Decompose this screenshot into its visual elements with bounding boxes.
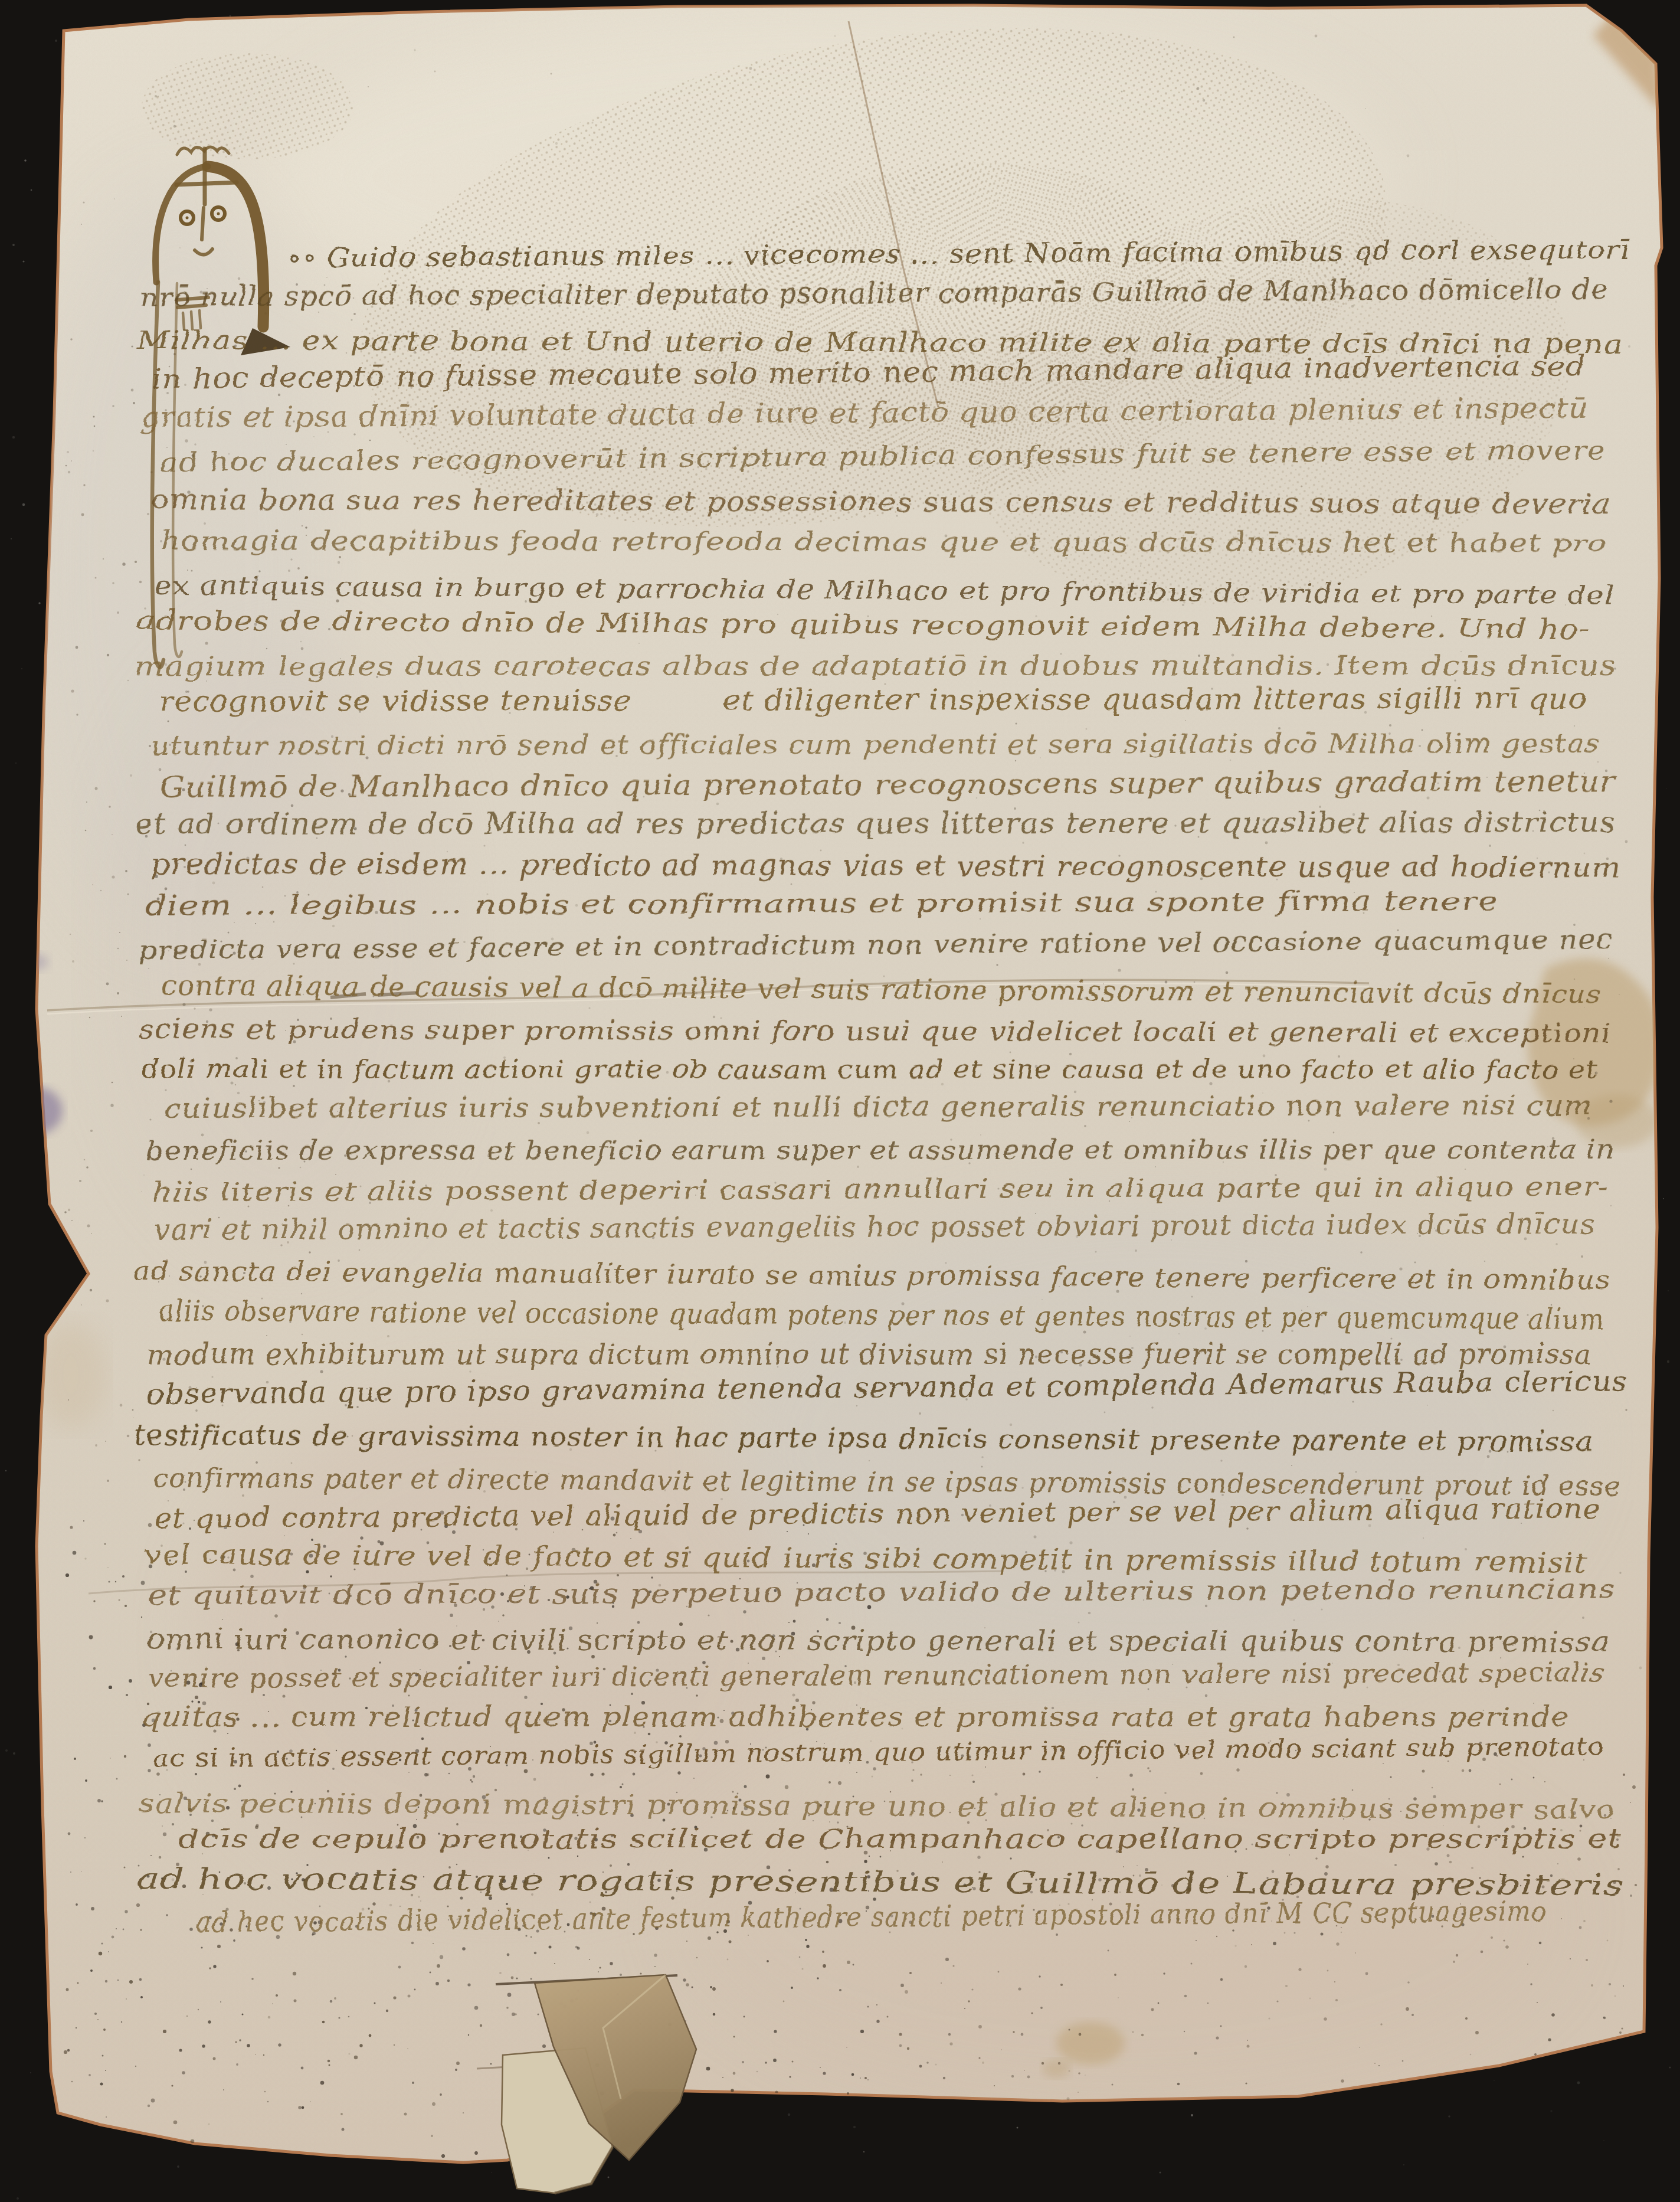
- manuscript-line: utuntur nostri dicti nrō send et officia…: [151, 727, 1600, 761]
- manuscript-line: modum exhibiturum ut supra dictum omnino…: [147, 1339, 1592, 1371]
- manuscript-line: venire posset et specialiter iuri dicent…: [149, 1657, 1604, 1694]
- manuscript-line: sciens et prudens super promissis omni f…: [139, 1015, 1612, 1049]
- photograph-of-parchment-charter: ∘∘ Guido sebastianus miles ... vicecomes…: [0, 0, 1680, 2202]
- manuscript-line: testificatus de gravissima noster in hac…: [134, 1419, 1593, 1458]
- manuscript-line: homagia decapitibus feoda retrofeoda dec…: [161, 525, 1607, 559]
- manuscript-line: beneficiis de expressa et beneficio earu…: [146, 1133, 1615, 1166]
- manuscript-line: omnia bona sua res hereditates et posses…: [150, 483, 1611, 521]
- manuscript-line: doli mali et in factum actioni gratie ob…: [142, 1055, 1597, 1085]
- manuscript-line: omni iuri canonico et civili scripto et …: [146, 1623, 1610, 1658]
- manuscript-line: quitas ... cum relictud quem plenam adhi…: [142, 1701, 1570, 1733]
- manuscript-line: et ad ordinem de dcō Milha ad res predic…: [135, 807, 1616, 841]
- manuscript-line: vari et nihil omnino et tactis sanctis e…: [154, 1208, 1595, 1246]
- manuscript-line: dcīs de cepulo prenotatis scilicet de Ch…: [178, 1823, 1622, 1854]
- manuscript-line: magium legales duas carotecas albas de a…: [135, 650, 1616, 682]
- manuscript-line: predictas de eisdem ... predicto ad magn…: [150, 847, 1621, 885]
- manuscript-line: recognovit se vidisse tenuisse et dilige…: [159, 682, 1587, 718]
- manuscript-line: Guillmō de Manlhaco dnīco quia prenotato…: [160, 765, 1617, 805]
- manuscript-line: diem ... legibus ... nobis et confirmamu…: [145, 885, 1499, 921]
- manuscript-line: hiis literis et aliis possent deperiri c…: [152, 1172, 1609, 1208]
- parchment-sheet: ∘∘ Guido sebastianus miles ... vicecomes…: [0, 0, 1680, 2202]
- manuscript-line: cuiuslibet alterius iuris subventioni et…: [165, 1089, 1593, 1124]
